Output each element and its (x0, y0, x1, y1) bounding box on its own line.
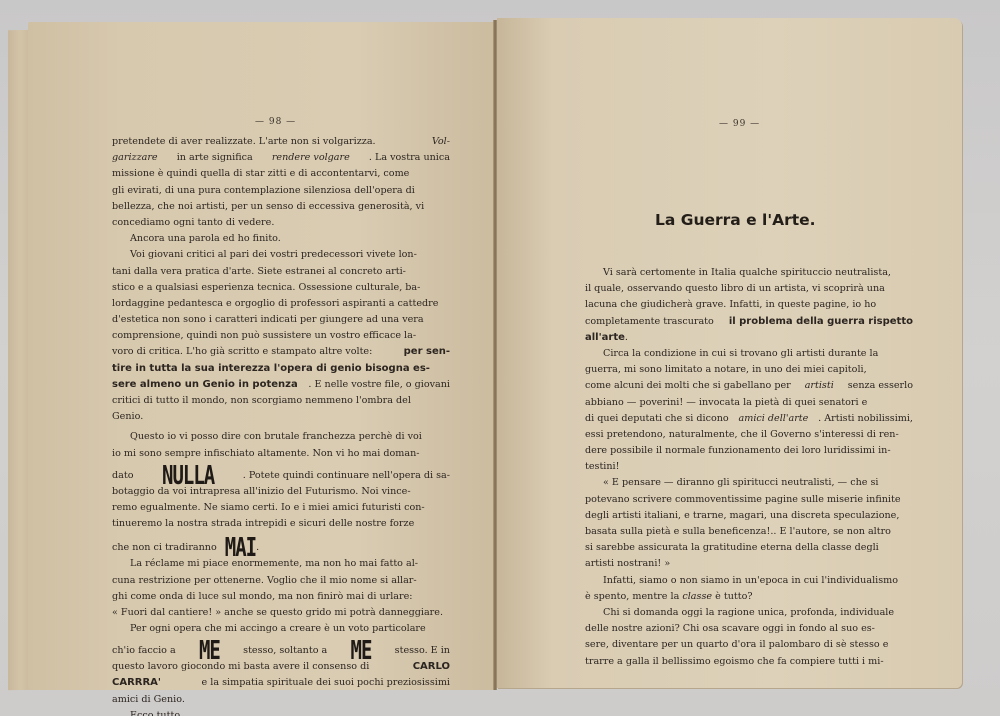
text-line: Infatti, siamo o non siamo in un'epoca i… (585, 573, 913, 589)
right-page: — 99 — Vi sarà certomente in Italia qual… (497, 18, 962, 688)
text-line: Ancora una parola ed ho finito. (112, 231, 450, 247)
text-line: abbiano — poverini! — invocata la pietà … (585, 395, 913, 411)
text-line: amici di Genio. (112, 692, 450, 708)
emphasis-nulla: NULLA (162, 465, 214, 487)
chapter-title: La Guerra e l'Arte. (655, 211, 816, 229)
text-line: ch'io faccio a ME stesso, soltanto a ME … (112, 637, 450, 659)
book-gutter (493, 20, 497, 690)
text-line: critici di tutto il mondo, non scorgiamo… (112, 393, 450, 409)
text-line: d'estetica non sono i caratteri indicati… (112, 312, 450, 328)
text-line: tinueremo la nostra strada intrepidi e s… (112, 516, 450, 532)
text-line: concediamo ogni tanto di vedere. (112, 215, 450, 231)
text-line: Voi giovani critici al pari dei vostri p… (112, 247, 450, 263)
emphasis-mai: MAI (225, 538, 256, 560)
text-line: remo egualmente. Ne siamo certi. Io e i … (112, 500, 450, 516)
text-line: all'arte. (585, 330, 913, 346)
text-line: trarre a galla il bellissimo egoismo che… (585, 654, 913, 670)
text-line: dato NULLA . Potete quindi continuare ne… (112, 462, 450, 484)
text-line: lacuna che giudicherà grave. Infatti, in… (585, 297, 913, 313)
text-line: ghi come onda di luce sul mondo, ma non … (112, 589, 450, 605)
text-line: basata sulla pietà e sulla beneficenza!.… (585, 524, 913, 540)
text-line: Circa la condizione in cui si trovano gl… (585, 346, 913, 362)
text-line: pretendete di aver realizzate. L'arte no… (112, 134, 450, 150)
text-line: « E pensare — diranno gli spiritucci neu… (585, 475, 913, 491)
page-number-right: — 99 — (719, 119, 760, 129)
text-line: sere, diventare per un quarto d'ora il p… (585, 637, 913, 653)
text-line: di quei deputati che si dicono amici del… (585, 411, 913, 427)
text-line: garizzare in arte significa rendere volg… (112, 150, 450, 166)
text-line: tani dalla vera pratica d'arte. Siete es… (112, 264, 450, 280)
text-line: è spento, mentre la classe è tutto? (585, 589, 913, 605)
text-line: La réclame mi piace enormemente, ma non … (112, 556, 450, 572)
text-line: comprensione, quindi non può sussistere … (112, 328, 450, 344)
text-line: voro di critica. L'ho già scritto e stam… (112, 344, 450, 360)
text-line: stico e a qualsiasi esperienza tecnica. … (112, 280, 450, 296)
emphasis-me: ME (199, 640, 220, 662)
text-line: testini! (585, 459, 913, 475)
text-line: che non ci tradiranno MAI . (112, 532, 450, 556)
text-line: essi pretendono, naturalmente, che il Go… (585, 427, 913, 443)
emphasis-me: ME (351, 640, 372, 662)
text-line: Genio. (112, 409, 450, 425)
text-line: delle nostre azioni? Chi osa scavare ogg… (585, 621, 913, 637)
text-line: dere possibile il normale funzionamento … (585, 443, 913, 459)
text-line: « Fuori dal cantiere! » anche se questo … (112, 605, 450, 621)
text-line: artisti nostrani! » (585, 556, 913, 572)
text-line: come alcuni dei molti che si gabellano p… (585, 378, 913, 394)
text-line: Questo io vi posso dire con brutale fran… (112, 429, 450, 445)
open-book: — 98 — pretendete di aver realizzate. L'… (0, 0, 1000, 716)
text-line: io mi sono sempre infischiato altamente.… (112, 446, 450, 462)
text-line: Chi si domanda oggi la ragione unica, pr… (585, 605, 913, 621)
text-line: guerra, mi sono limitato a notare, in un… (585, 362, 913, 378)
text-line: questo lavoro giocondo mi basta avere il… (112, 659, 450, 675)
left-page: — 98 — pretendete di aver realizzate. L'… (28, 22, 496, 690)
text-line: CARRRA' e la simpatia spirituale dei suo… (112, 675, 450, 691)
text-line: degli artisti italiani, e trarne, magari… (585, 508, 913, 524)
text-line: sere almeno un Genio in potenza. E nelle… (112, 377, 450, 393)
text-line: potevano scrivere commoventissime pagine… (585, 492, 913, 508)
text-line: cuna restrizione per ottenerne. Voglio c… (112, 573, 450, 589)
text-line: il quale, osservando questo libro di un … (585, 281, 913, 297)
text-line: completamente trascurato il problema del… (585, 314, 913, 330)
left-page-text: pretendete di aver realizzate. L'arte no… (112, 134, 450, 716)
right-page-text: Vi sarà certomente in Italia qualche spi… (585, 265, 913, 670)
text-line-bold: tire in tutta la sua interezza l'opera d… (112, 361, 450, 377)
text-line: lordaggine pedantesca e orgoglio di prof… (112, 296, 450, 312)
text-line: si sarebbe assicurata la gratitudine ete… (585, 540, 913, 556)
text-line: missione è quindi quella di star zitti e… (112, 166, 450, 182)
text-line: Per ogni opera che mi accingo a creare è… (112, 621, 450, 637)
page-number-left: — 98 — (255, 117, 296, 127)
text-line: gli evirati, di una pura contemplazione … (112, 183, 450, 199)
text-line: bellezza, che noi artisti, per un senso … (112, 199, 450, 215)
text-line: Ecco tutto. (112, 708, 450, 716)
text-line: Vi sarà certomente in Italia qualche spi… (585, 265, 913, 281)
